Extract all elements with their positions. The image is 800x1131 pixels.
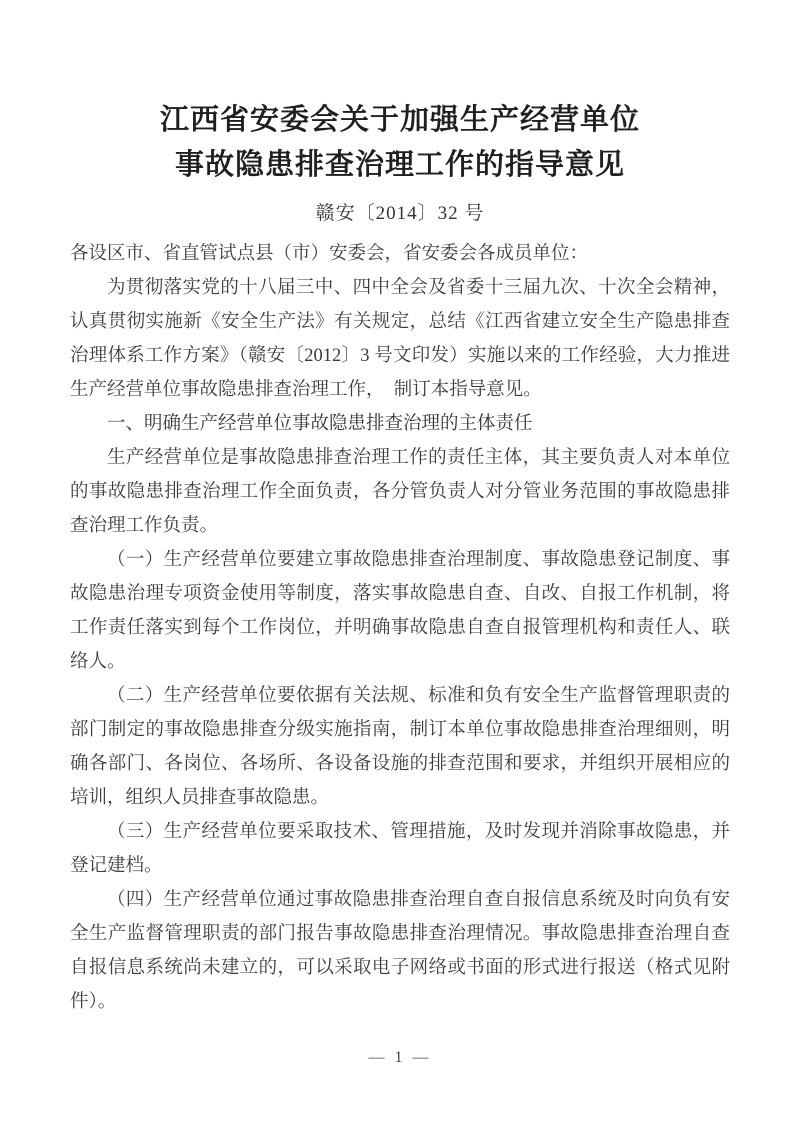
salutation: 各设区市、省直管试点县（市）安委会，省安委会各成员单位： [70, 237, 730, 271]
section-1-heading: 一、明确生产经营单位事故隐患排查治理的主体责任 [70, 407, 730, 441]
section-1-item-2: （二）生产经营单位要依据有关法规、标准和负有安全生产监督管理职责的部门制定的事故… [70, 679, 730, 815]
document-title-line2: 事故隐患排查治理工作的指导意见 [175, 149, 625, 181]
section-1-item-4: （四）生产经营单位通过事故隐患排查治理自查自报信息系统及时向负有安全生产监督管理… [70, 883, 730, 1019]
intro-paragraph: 为贯彻落实党的十八届三中、四中全会及省委十三届九次、十次全会精神，认真贯彻实施新… [70, 271, 730, 407]
document-title-line1: 江西省安委会关于加强生产经营单位 [160, 104, 640, 136]
page-number-footer: — 1 — [0, 1049, 800, 1067]
document-page: 江西省安委会关于加强生产经营单位 事故隐患排查治理工作的指导意见 赣安〔2014… [0, 0, 800, 1131]
document-number: 赣安〔2014〕32 号 [70, 200, 730, 228]
section-1-item-3: （三）生产经营单位要采取技术、管理措施，及时发现并消除事故隐患，并登记建档。 [70, 815, 730, 883]
section-1-item-1: （一）生产经营单位要建立事故隐患排查治理制度、事故隐患登记制度、事故隐患治理专项… [70, 543, 730, 679]
document-title: 江西省安委会关于加强生产经营单位 事故隐患排查治理工作的指导意见 [70, 98, 730, 188]
document-body: 各设区市、省直管试点县（市）安委会，省安委会各成员单位： 为贯彻落实党的十八届三… [70, 237, 730, 1019]
section-1-lead-paragraph: 生产经营单位是事故隐患排查治理工作的责任主体，其主要负责人对本单位的事故隐患排查… [70, 441, 730, 543]
